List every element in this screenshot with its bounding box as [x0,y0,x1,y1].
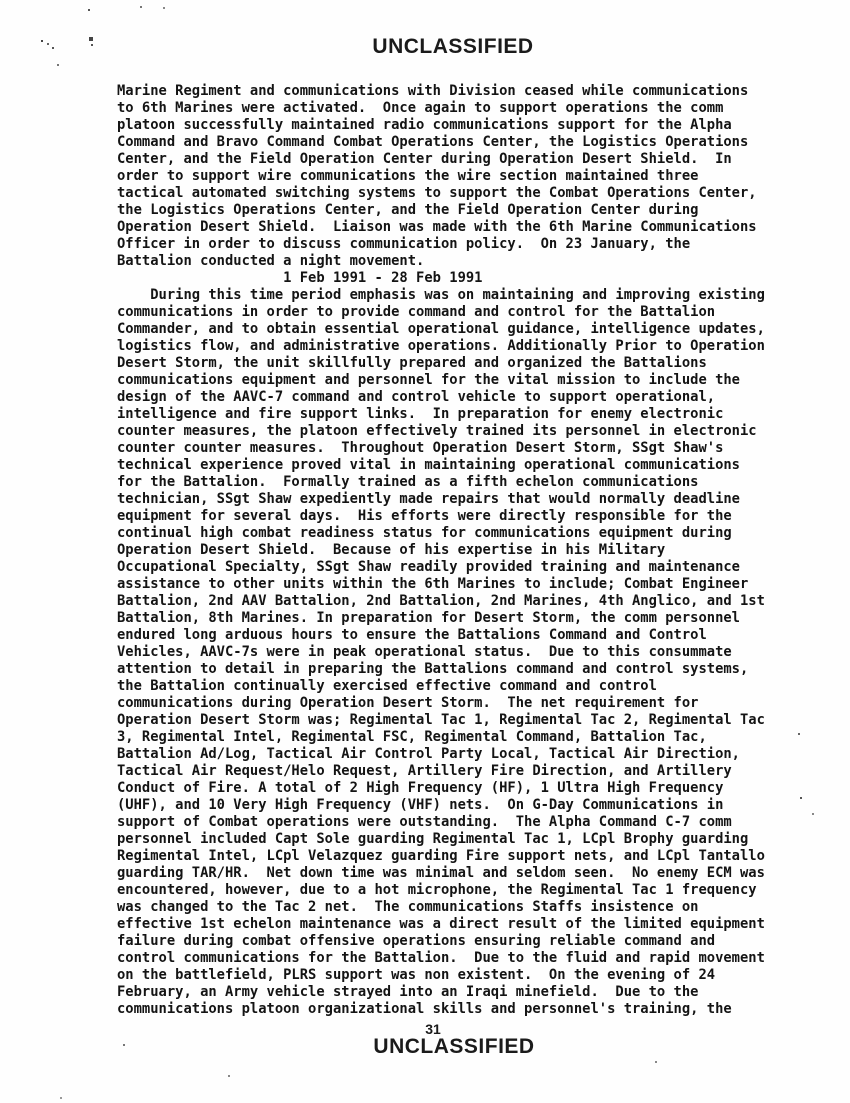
classification-footer: UNCLASSIFIED [373,1035,534,1059]
scan-artifacts [0,0,2,2]
classification-header: UNCLASSIFIED [372,35,533,59]
document-body-text: Marine Regiment and communications with … [117,83,765,1018]
document-page: UNCLASSIFIED Marine Regiment and communi… [0,0,850,1103]
